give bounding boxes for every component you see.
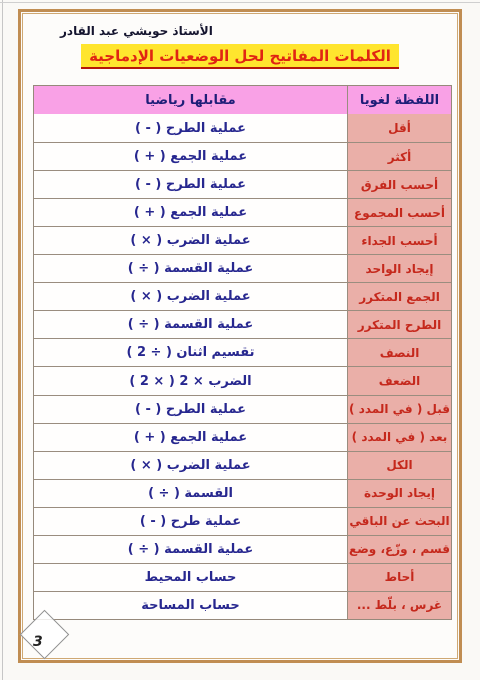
table-body: أقل عملية الطرح ( - ) أكثر عملية الجمع (… bbox=[34, 114, 451, 619]
header-term-cell: اللفظة لغويا bbox=[347, 86, 451, 114]
table-row: أحسب المجموع عملية الجمع ( + ) bbox=[34, 198, 451, 226]
table-row: أكثر عملية الجمع ( + ) bbox=[34, 142, 451, 170]
math-cell: عملية القسمة ( ÷ ) bbox=[34, 255, 347, 282]
term-cell: إيجاد الوحدة bbox=[347, 480, 451, 507]
math-cell: تقسيم اثنان ( ÷ 2 ) bbox=[34, 339, 347, 366]
math-cell: عملية الضرب ( × ) bbox=[34, 227, 347, 254]
table-row: الطرح المتكرر عملية القسمة ( ÷ ) bbox=[34, 310, 451, 338]
term-cell: إيجاد الواحد bbox=[347, 255, 451, 282]
math-cell: عملية الطرح ( - ) bbox=[34, 396, 347, 423]
table-row: إيجاد الواحد عملية القسمة ( ÷ ) bbox=[34, 254, 451, 282]
math-cell: عملية الجمع ( + ) bbox=[34, 424, 347, 451]
math-cell: حساب المساحة bbox=[34, 592, 347, 619]
math-cell: عملية الضرب ( × ) bbox=[34, 452, 347, 479]
table-row: إيجاد الوحدة القسمة ( ÷ ) bbox=[34, 479, 451, 507]
table-row: بعد ( في المدد ) عملية الجمع ( + ) bbox=[34, 423, 451, 451]
table-row: الجمع المتكرر عملية الضرب ( × ) bbox=[34, 282, 451, 310]
table-row: أقل عملية الطرح ( - ) bbox=[34, 114, 451, 142]
table-row: النصف تقسيم اثنان ( ÷ 2 ) bbox=[34, 338, 451, 366]
page-title: الكلمات المفاتيح لحل الوضعيات الإدماجية bbox=[81, 44, 399, 69]
term-cell: قسم ، وزّع، وضع bbox=[347, 536, 451, 563]
keywords-table: اللفظة لغويا مقابلها رياضيا أقل عملية ال… bbox=[33, 85, 452, 620]
math-cell: حساب المحيط bbox=[34, 564, 347, 591]
term-cell: الكل bbox=[347, 452, 451, 479]
term-cell: الضعف bbox=[347, 367, 451, 394]
page-number: 3 bbox=[33, 634, 43, 650]
title-container: الكلمات المفاتيح لحل الوضعيات الإدماجية bbox=[0, 44, 480, 69]
term-cell: أحاط bbox=[347, 564, 451, 591]
term-cell: أحسب الجداء bbox=[347, 227, 451, 254]
table-row: أحسب الفرق عملية الطرح ( - ) bbox=[34, 170, 451, 198]
term-cell: بعد ( في المدد ) bbox=[347, 424, 451, 451]
term-cell: البحث عن الباقي bbox=[347, 508, 451, 535]
teacher-credit: الأستاذ حويشي عبد القادر bbox=[60, 24, 213, 38]
math-cell: عملية الطرح ( - ) bbox=[34, 114, 347, 142]
table-row: قسم ، وزّع، وضع عملية القسمة ( ÷ ) bbox=[34, 535, 451, 563]
term-cell: النصف bbox=[347, 339, 451, 366]
table-row: غرس ، بلّط ... حساب المساحة bbox=[34, 591, 451, 619]
table-header-row: اللفظة لغويا مقابلها رياضيا bbox=[34, 86, 451, 114]
table-row: أحاط حساب المحيط bbox=[34, 563, 451, 591]
term-cell: الطرح المتكرر bbox=[347, 311, 451, 338]
table-row: البحث عن الباقي عملية طرح ( - ) bbox=[34, 507, 451, 535]
math-cell: عملية الطرح ( - ) bbox=[34, 171, 347, 198]
term-cell: أحسب الفرق bbox=[347, 171, 451, 198]
table-row: أحسب الجداء عملية الضرب ( × ) bbox=[34, 226, 451, 254]
header-math-cell: مقابلها رياضيا bbox=[34, 86, 347, 114]
table-row: الكل عملية الضرب ( × ) bbox=[34, 451, 451, 479]
table-row: قبل ( في المدد ) عملية الطرح ( - ) bbox=[34, 395, 451, 423]
term-cell: أقل bbox=[347, 114, 451, 142]
photo-edge-left bbox=[2, 0, 3, 680]
math-cell: عملية الجمع ( + ) bbox=[34, 143, 347, 170]
math-cell: عملية طرح ( - ) bbox=[34, 508, 347, 535]
term-cell: أكثر bbox=[347, 143, 451, 170]
math-cell: الضرب × 2 ( × 2 ) bbox=[34, 367, 347, 394]
math-cell: القسمة ( ÷ ) bbox=[34, 480, 347, 507]
photo-edge-top bbox=[0, 2, 480, 3]
term-cell: غرس ، بلّط ... bbox=[347, 592, 451, 619]
math-cell: عملية القسمة ( ÷ ) bbox=[34, 311, 347, 338]
term-cell: أحسب المجموع bbox=[347, 199, 451, 226]
math-cell: عملية الضرب ( × ) bbox=[34, 283, 347, 310]
table-row: الضعف الضرب × 2 ( × 2 ) bbox=[34, 366, 451, 394]
term-cell: قبل ( في المدد ) bbox=[347, 396, 451, 423]
term-cell: الجمع المتكرر bbox=[347, 283, 451, 310]
math-cell: عملية الجمع ( + ) bbox=[34, 199, 347, 226]
math-cell: عملية القسمة ( ÷ ) bbox=[34, 536, 347, 563]
